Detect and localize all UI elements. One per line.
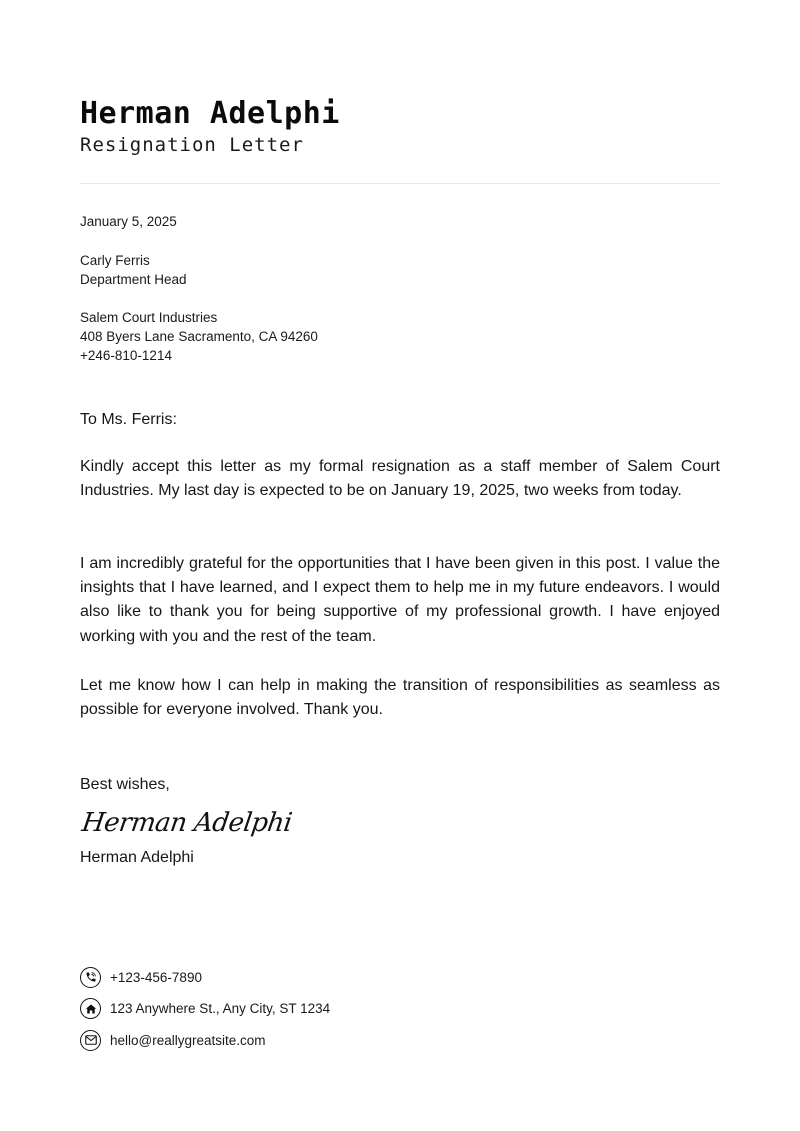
- recipient-block: Carly Ferris Department Head: [80, 251, 187, 289]
- contact-email: hello@reallygreatsite.com: [80, 1028, 330, 1052]
- contact-address: 123 Anywhere St., Any City, ST 1234: [80, 997, 330, 1021]
- company-phone: +246-810-1214: [80, 346, 318, 365]
- sender-name: Herman Adelphi: [80, 96, 340, 131]
- contact-address-text: 123 Anywhere St., Any City, ST 1234: [110, 1001, 330, 1016]
- handwritten-signature: Herman Adelphi: [80, 808, 294, 838]
- contact-phone: +123-456-7890: [80, 965, 330, 989]
- phone-icon: [80, 967, 101, 988]
- company-block: Salem Court Industries 408 Byers Lane Sa…: [80, 308, 318, 365]
- home-icon: [80, 998, 101, 1019]
- signed-name: Herman Adelphi: [80, 846, 194, 870]
- letter-paragraph: Let me know how I can help in making the…: [80, 674, 720, 722]
- mail-icon: [80, 1030, 101, 1051]
- closing: Best wishes,: [80, 773, 170, 797]
- contact-list: +123-456-7890 123 Anywhere St., Any City…: [80, 965, 330, 1060]
- recipient-name: Carly Ferris: [80, 251, 187, 270]
- contact-phone-text: +123-456-7890: [110, 970, 202, 985]
- recipient-position: Department Head: [80, 270, 187, 289]
- letter-paragraph: I am incredibly grateful for the opportu…: [80, 552, 720, 649]
- document-title: Resignation Letter: [80, 134, 304, 156]
- salutation: To Ms. Ferris:: [80, 408, 177, 432]
- company-address: 408 Byers Lane Sacramento, CA 94260: [80, 327, 318, 346]
- company-name: Salem Court Industries: [80, 308, 318, 327]
- header-divider: [80, 183, 720, 184]
- letter-paragraph: Kindly accept this letter as my formal r…: [80, 455, 720, 503]
- contact-email-text: hello@reallygreatsite.com: [110, 1033, 266, 1048]
- letter-date: January 5, 2025: [80, 212, 177, 231]
